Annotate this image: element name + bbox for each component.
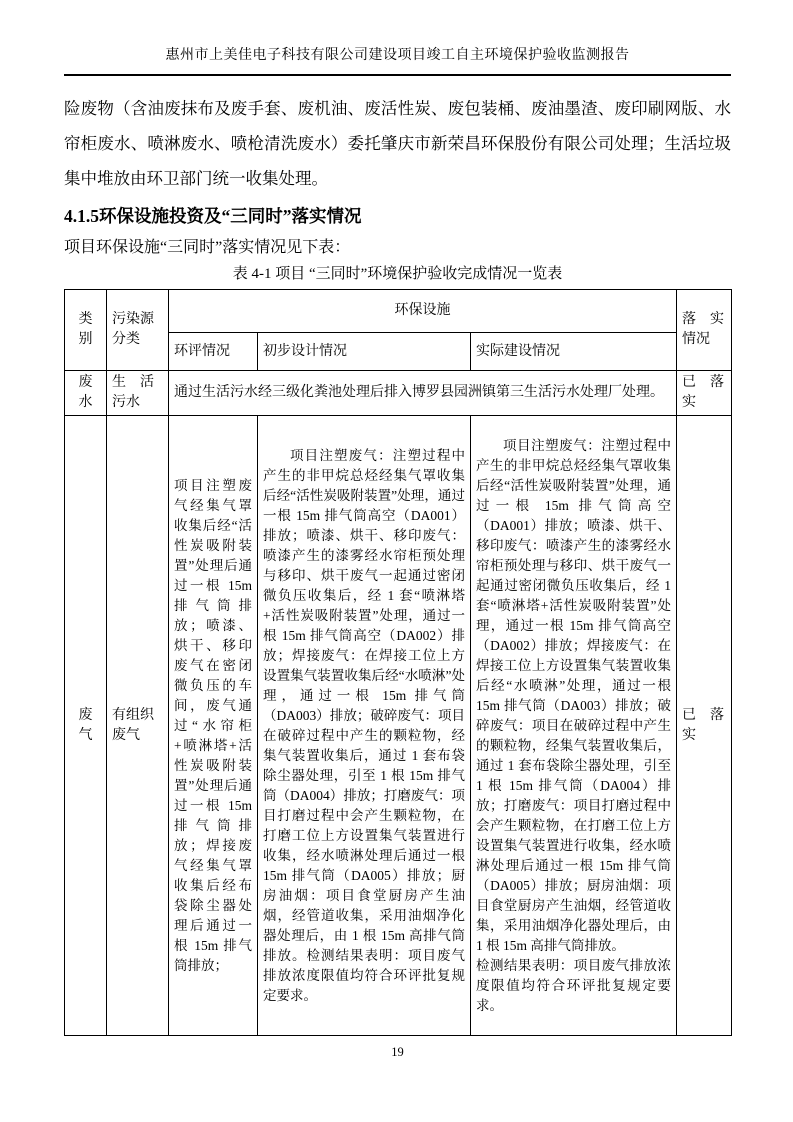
table-row-wastewater: 废 水 生 活 污水 通过生活污水经三级化粪池处理后排入博罗县园洲镇第三生活污水… (65, 371, 732, 416)
table-row-exhaust-gas: 废 气 有组织 废气 项目注塑废气经集气罩收集后经“活性炭吸附装置”处理后通过一… (65, 416, 732, 1036)
header-cell-implementation: 落 实 情况 (677, 290, 732, 371)
cell-exhaust-source: 有组织 废气 (107, 416, 169, 1036)
three-simultaneity-table: 类 别 污染源 分类 环保设施 落 实 情况 环评情况 初步设计情况 实际建设情… (64, 289, 732, 1036)
body-paragraph: 险废物（含油废抹布及废手套、废机油、废活性炭、废包装桶、废油墨渣、废印刷网版、水… (64, 91, 731, 196)
cell-exhaust-status: 已 落 实 (677, 416, 732, 1036)
cell-wastewater-status: 已 落 实 (677, 371, 732, 416)
table-caption: 表 4-1 项目 “三同时”环境保护验收完成情况一览表 (64, 264, 731, 285)
header-cell-pollution-source: 污染源 分类 (107, 290, 169, 371)
header-cell-design: 初步设计情况 (258, 333, 471, 371)
table-header-row-1: 类 别 污染源 分类 环保设施 落 实 情况 (65, 290, 732, 333)
header-cell-eia: 环评情况 (169, 333, 258, 371)
page-content: 惠州市上美佳电子科技有限公司建设项目竣工自主环境保护验收监测报告 险废物（含油废… (64, 0, 731, 1060)
header-cell-facilities: 环保设施 (169, 290, 677, 333)
header-cell-category: 类 别 (65, 290, 107, 371)
cell-wastewater-source: 生 活 污水 (107, 371, 169, 416)
cell-wastewater-text: 通过生活污水经三级化粪池处理后排入博罗县园洲镇第三生活污水处理厂处理。 (169, 371, 677, 416)
table-lead-in: 项目环保设施“三同时”落实情况见下表： (64, 236, 731, 260)
cell-wastewater-category: 废 水 (65, 371, 107, 416)
cell-exhaust-actual: 项目注塑废气：注塑过程中产生的非甲烷总烃经集气罩收集后经“活性炭吸附装置”处理，… (471, 416, 677, 1036)
section-heading: 4.1.5环保设施投资及“三同时”落实情况 (64, 203, 731, 229)
cell-exhaust-design: 项目注塑废气：注塑过程中产生的非甲烷总烃经集气罩收集后经“活性炭吸附装置”处理，… (258, 416, 471, 1036)
page-number: 19 (64, 1045, 731, 1060)
cell-exhaust-category: 废 气 (65, 416, 107, 1036)
document-header-title: 惠州市上美佳电子科技有限公司建设项目竣工自主环境保护验收监测报告 (64, 0, 731, 76)
document-page: 惠州市上美佳电子科技有限公司建设项目竣工自主环境保护验收监测报告 险废物（含油废… (0, 0, 793, 1122)
header-cell-actual: 实际建设情况 (471, 333, 677, 371)
cell-exhaust-eia: 项目注塑废气经集气罩收集后经“活性炭吸附装置”处理后通过一根 15m 排气筒排放… (169, 416, 258, 1036)
